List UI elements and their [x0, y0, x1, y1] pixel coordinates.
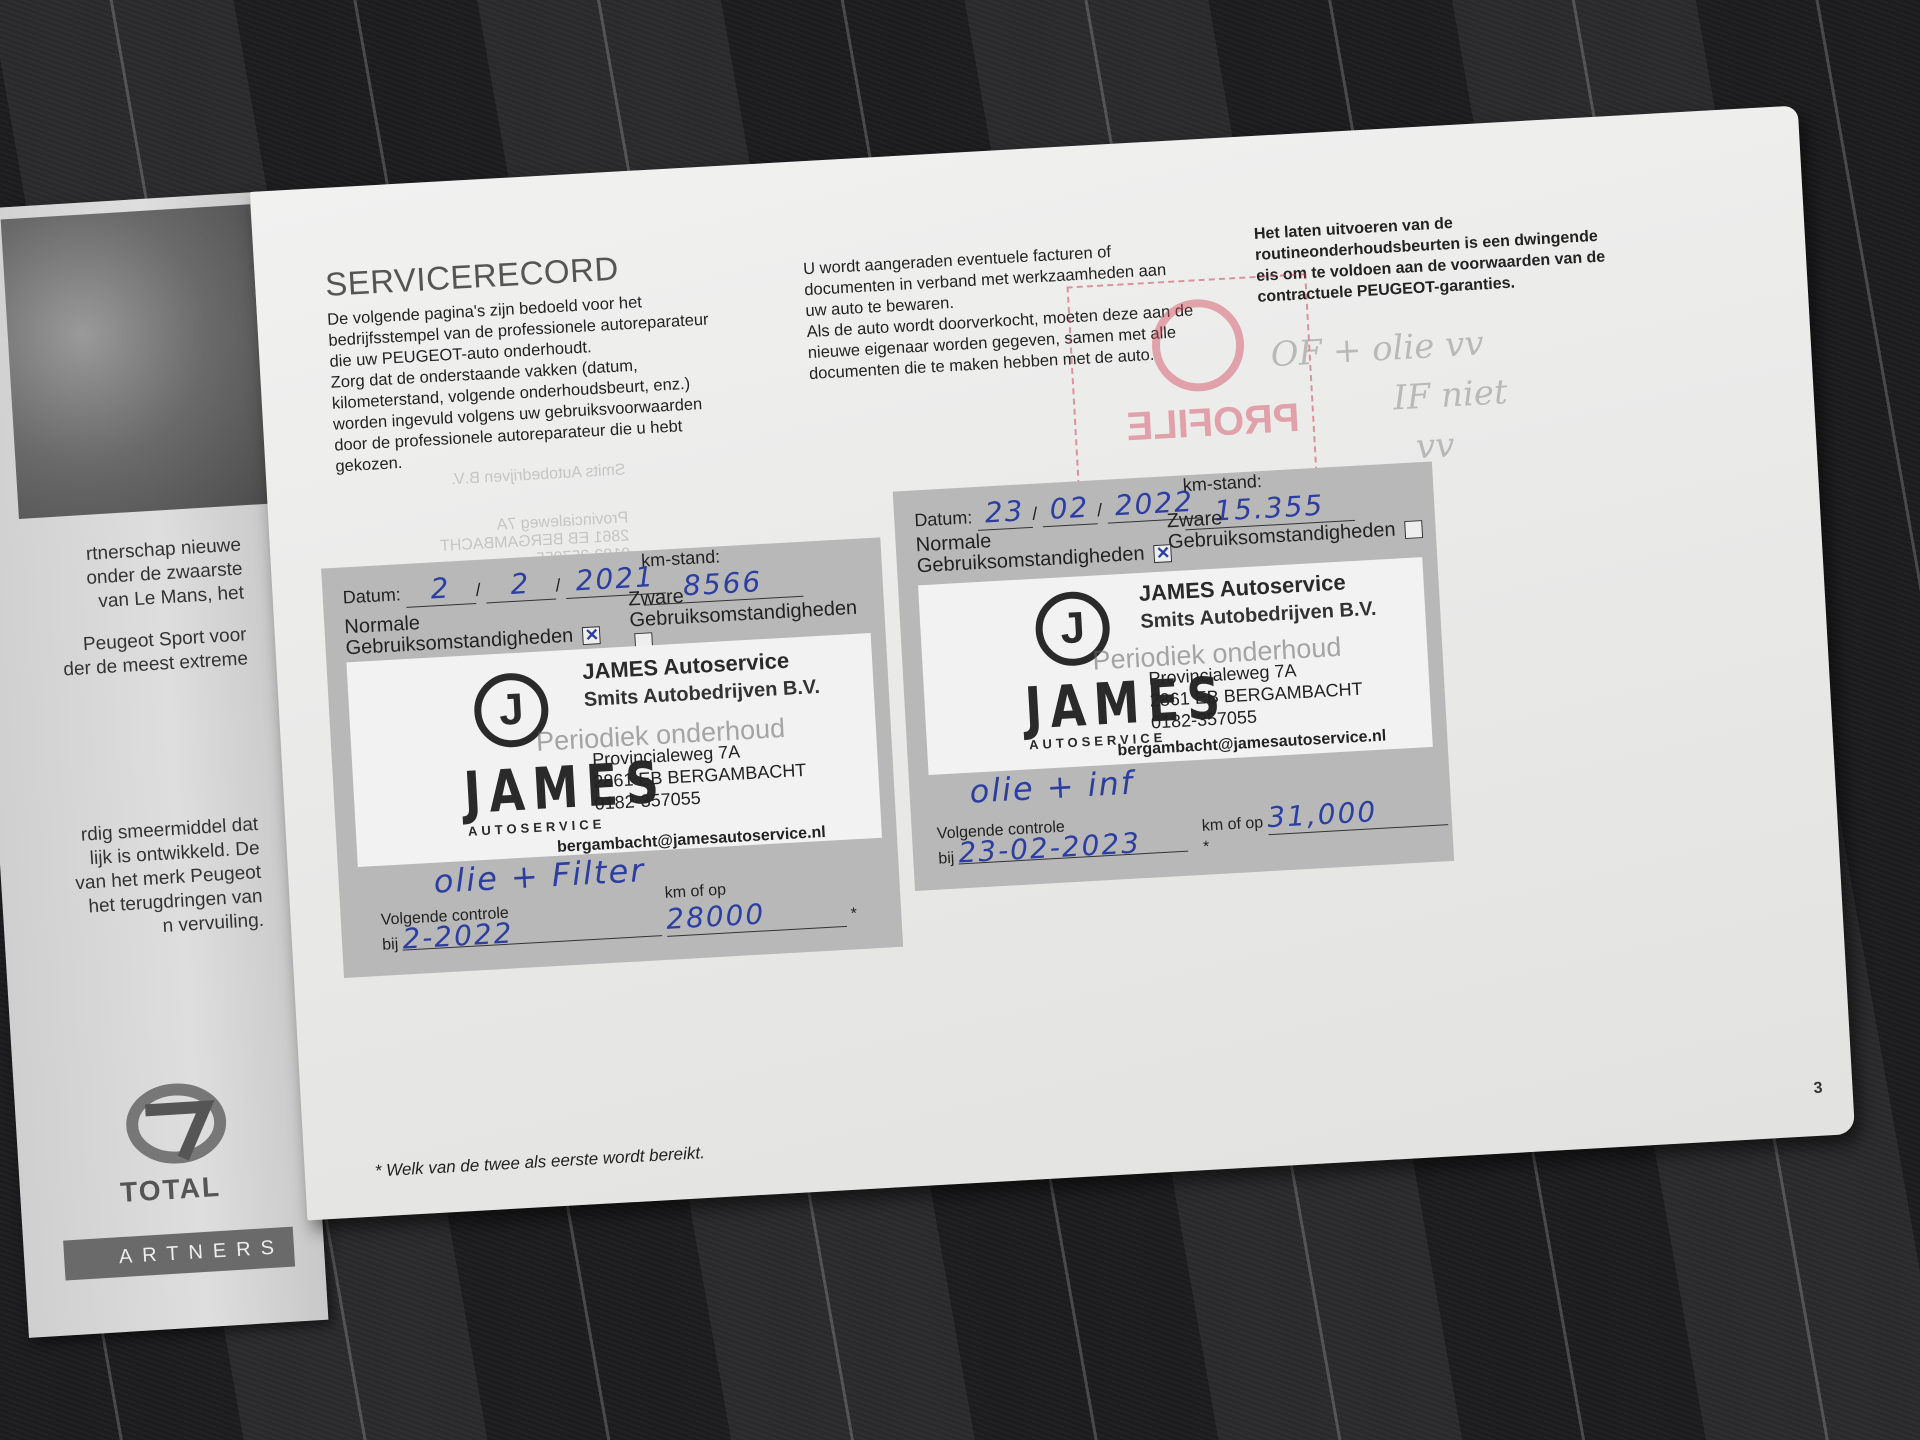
- profile-stamp-text: PROFILE: [1125, 396, 1301, 451]
- service-record-2: Datum: 23/ 02/ 2022 km-stand: 15.355 Nor…: [893, 461, 1454, 891]
- next-km-row: km of op 31,000 *: [1201, 791, 1454, 857]
- service-note[interactable]: olie + inf: [969, 764, 1136, 811]
- date-month-field[interactable]: 2: [485, 566, 557, 604]
- left-text-block-1: rtnerschap nieuwe onder de zwaarste van …: [21, 532, 275, 619]
- pencil-note: vv: [1415, 425, 1456, 467]
- footnote: * Welk van de twee als eerste wordt bere…: [374, 1143, 705, 1181]
- company-address: Provincialeweg 7A 2861 EB BERGAMBACHT 01…: [592, 737, 808, 815]
- heavy-conditions-checkbox[interactable]: [1405, 520, 1424, 539]
- dealer-stamp: J JAMES Autoservice Smits Autobedrijven …: [918, 557, 1433, 775]
- km-or-label: km of op: [1201, 814, 1263, 834]
- intro-column-1: De volgende pagina's zijn bedoeld voor h…: [327, 289, 716, 478]
- dealer-stamp: J JAMES Autoservice Smits Autobedrijven …: [346, 633, 882, 867]
- total-brand: TOTAL: [119, 1171, 222, 1209]
- next-service-row: Volgende controle bij 2-2022: [380, 895, 663, 956]
- company-address: Provincialeweg 7A 2861 EB BERGAMBACHT 01…: [1148, 656, 1364, 734]
- left-text-block-3: rdig smeermiddel dat lijk is ontwikkeld.…: [38, 811, 295, 946]
- normal-conditions-checkbox[interactable]: [582, 626, 601, 645]
- next-km-row: km of op 28000 *: [664, 872, 902, 937]
- date-day-field[interactable]: 2: [405, 570, 477, 608]
- next-service-row: Volgende controle bij 23-02-2023: [936, 811, 1189, 870]
- next-service-label: bij: [382, 936, 399, 954]
- km-or-label: km of op: [664, 882, 726, 902]
- next-service-label: bij: [938, 850, 955, 868]
- servicerecord-page: SERVICERECORD De volgende pagina's zijn …: [250, 105, 1855, 1220]
- pencil-note: IF niet: [1392, 372, 1508, 418]
- rally-car-photo: [1, 204, 269, 519]
- date-month-field[interactable]: 02: [1041, 490, 1098, 527]
- profile-stamp: PROFILE: [1067, 273, 1318, 496]
- left-text-block-2: Peugeot Sport voor der de meest extreme: [26, 621, 278, 684]
- next-service-km-field[interactable]: 31,000: [1266, 791, 1448, 835]
- next-service-date-field[interactable]: 23-02-2023: [958, 831, 1189, 865]
- service-record-1: Datum: 2/ 2/ 2021 km-stand: 8566 Normale…: [321, 537, 903, 978]
- date-label: Datum:: [914, 507, 973, 530]
- total-logo-icon: [124, 1076, 229, 1172]
- partners-band: ARTNERS: [63, 1227, 295, 1281]
- date-label: Datum:: [342, 584, 401, 607]
- page-number: 3: [1813, 1080, 1823, 1098]
- date-day-field[interactable]: 23: [976, 494, 1033, 531]
- profile-logo-icon: [1150, 297, 1247, 394]
- date-row: Datum: 2/ 2/ 2021: [342, 559, 666, 611]
